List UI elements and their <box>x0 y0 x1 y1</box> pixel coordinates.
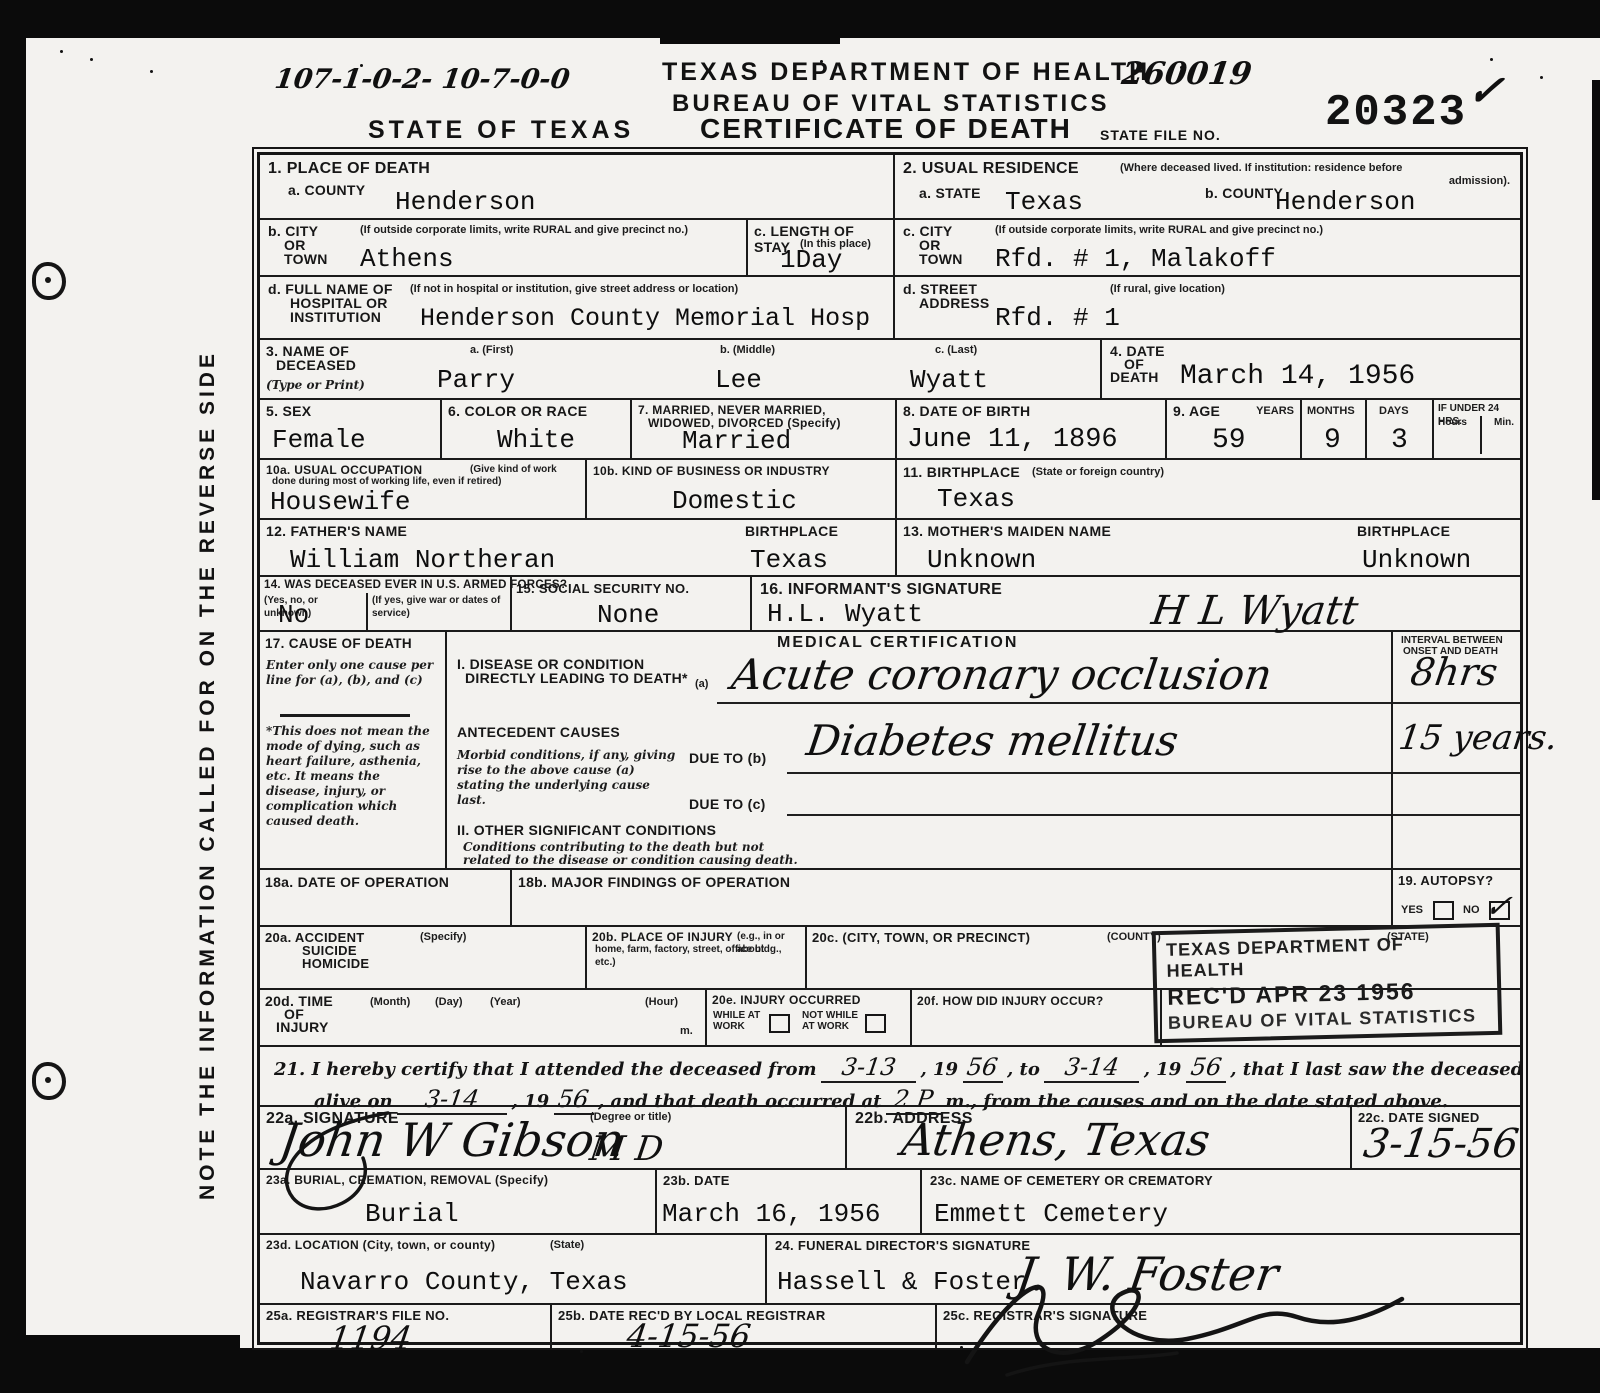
row-parents: 12. FATHER'S NAME BIRTHPLACE William Nor… <box>260 518 1520 575</box>
certify-y1-value: 56 <box>965 1053 999 1081</box>
autopsy-cell: 19. AUTOPSY? YES NO ✓ <box>1391 870 1520 925</box>
accident-label-3: HOMICIDE <box>302 956 369 971</box>
place-city-subrow: b. CITY OR TOWN (If outside corporate li… <box>260 218 893 275</box>
hospital-note: (If not in hospital or institution, give… <box>410 283 880 297</box>
cemetery-cell: 23c. NAME OF CEMETERY OR CREMATORY Emmet… <box>920 1170 1520 1233</box>
industry-value: Domestic <box>672 486 797 516</box>
interval-b-value: 15 years. <box>1396 718 1560 758</box>
state-file-no-label: STATE FILE NO. <box>1100 127 1221 143</box>
age-months-label: MONTHS <box>1307 405 1355 419</box>
burial-date-cell: 23b. DATE March 16, 1956 <box>655 1170 920 1233</box>
scan-right-streak <box>1592 80 1600 500</box>
burial-location-cell: 23d. LOCATION (City, town, or county) (S… <box>260 1235 765 1303</box>
sex-cell: 5. SEX Female <box>260 400 440 458</box>
row-operation: 18a. DATE OF OPERATION 18b. MAJOR FINDIN… <box>260 868 1520 925</box>
city-note: (If outside corporate limits, write RURA… <box>360 224 740 238</box>
findings-label: 18b. MAJOR FINDINGS OF OPERATION <box>518 874 790 890</box>
autopsy-yes-label: YES <box>1401 904 1423 918</box>
mother-name-value: Unknown <box>927 545 1036 575</box>
hole-punch-bottom <box>32 1062 66 1100</box>
birthplace-label: 11. BIRTHPLACE <box>903 464 1020 480</box>
interval-line-b <box>1393 772 1520 774</box>
while-at-work-checkbox <box>769 1014 790 1033</box>
time-hour-note: (Hour) <box>645 996 678 1010</box>
street-label-2: ADDRESS <box>919 295 990 311</box>
burial-date-label: 23b. DATE <box>663 1173 730 1188</box>
place-county-subrow: 1. PLACE OF DEATH a. COUNTY Henderson <box>260 155 893 218</box>
marital-cell: 7. MARRIED, NEVER MARRIED, WIDOWED, DIVO… <box>630 400 895 458</box>
hole-punch-top <box>32 262 66 300</box>
row-registrar: 25a. REGISTRAR'S FILE NO. 1194 25b. DATE… <box>260 1303 1520 1348</box>
ssn-label: 15. SOCIAL SECURITY NO. <box>516 581 689 596</box>
dob-cell: 8. DATE OF BIRTH June 11, 1896 <box>895 400 1165 458</box>
time-day-note: (Day) <box>435 996 463 1010</box>
cause-a-handwritten: Acute coronary occlusion <box>729 650 1275 699</box>
street-note: (If rural, give location) <box>1110 283 1225 297</box>
due-to-c-label: DUE TO (c) <box>689 796 766 812</box>
due-to-b-label: DUE TO (b) <box>689 750 766 766</box>
occupation-cell: 10a. USUAL OCCUPATION (Give kind of work… <box>260 460 585 518</box>
certify-to-value: 3-14 <box>1063 1053 1121 1081</box>
certify-y2-fill: 56 <box>1186 1053 1226 1083</box>
row-cause-of-death: 17. CAUSE OF DEATH Enter only one cause … <box>260 630 1520 868</box>
birthplace-cell: 11. BIRTHPLACE (State or foreign country… <box>895 460 1520 518</box>
age-days-cell: DAYS 3 <box>1365 400 1432 458</box>
how-injury-label: 20f. HOW DID INJURY OCCUR? <box>917 994 1103 1008</box>
age-years-label: YEARS <box>1256 405 1294 419</box>
place-of-injury-cell: 20b. PLACE OF INJURY (e.g., in or about … <box>585 927 805 988</box>
ssn-value: None <box>597 600 659 630</box>
autopsy-no-label: NO <box>1463 904 1480 918</box>
residence-state-label: a. STATE <box>919 185 981 201</box>
cemetery-value: Emmett Cemetery <box>934 1199 1168 1229</box>
mother-label: 13. MOTHER'S MAIDEN NAME <box>903 523 1111 539</box>
interval-a-value: 8hrs <box>1408 650 1501 694</box>
last-name-cell: c. (Last) Wyatt <box>885 340 1100 398</box>
row-certify-statement: 21. I hereby certify that I attended the… <box>260 1045 1520 1105</box>
date-of-death-cell: 4. DATE OF DEATH March 14, 1956 <box>1100 340 1520 398</box>
time-injury-label-3: INJURY <box>276 1019 329 1035</box>
other-conditions-note-2: related to the disease or condition caus… <box>463 853 798 868</box>
stay-value: 1Day <box>780 245 842 275</box>
usual-residence-title: 2. USUAL RESIDENCE <box>903 160 1079 178</box>
birthplace-value: Texas <box>937 484 1015 514</box>
received-stamp: TEXAS DEPARTMENT OF HEALTH REC'D APR 23 … <box>1152 923 1503 1043</box>
city-town: TOWN <box>284 251 328 267</box>
burial-date-value: March 16, 1956 <box>662 1199 880 1229</box>
occupation-label: 10a. USUAL OCCUPATION <box>266 463 422 477</box>
industry-label: 10b. KIND OF BUSINESS OR INDUSTRY <box>593 464 830 478</box>
row-place-residence: 1. PLACE OF DEATH a. COUNTY Henderson b.… <box>260 155 1520 338</box>
middle-name-label: b. (Middle) <box>720 344 775 358</box>
residence-city-value: Rfd. # 1, Malakoff <box>995 244 1276 274</box>
certify-text-1: 21. I hereby certify that I attended the… <box>274 1059 817 1080</box>
header-department: TEXAS DEPARTMENT OF HEALTH <box>662 58 1150 87</box>
findings-cell: 18b. MAJOR FINDINGS OF OPERATION <box>510 870 1391 925</box>
handwritten-code: 107-1-0-2- 10-7-0-0 <box>273 64 572 95</box>
injury-occurred-cell: 20e. INJURY OCCURRED WHILE AT WORK NOT W… <box>705 990 910 1045</box>
registrar-file-cell: 25a. REGISTRAR'S FILE NO. 1194 <box>260 1305 550 1348</box>
length-of-stay-cell: c. LENGTH OF STAY (In this place) 1Day <box>748 220 893 275</box>
residence-city-town: TOWN <box>919 251 963 267</box>
injury-city-label: 20c. (CITY, TOWN, OR PRECINCT) <box>812 930 1030 945</box>
place-of-death-title: 1. PLACE OF DEATH <box>268 160 430 178</box>
header-state: STATE OF TEXAS <box>368 116 634 145</box>
informant-signature: H L Wyatt <box>1149 588 1361 634</box>
usual-residence-section: 2. USUAL RESIDENCE (Where deceased lived… <box>893 155 1520 338</box>
marital-value: Married <box>682 426 791 456</box>
autopsy-yes-checkbox <box>1433 901 1454 920</box>
certificate-number-checkmark: ✓ <box>1465 66 1507 115</box>
age-years-cell: 9. AGE YEARS 59 <box>1165 400 1300 458</box>
interval-line-c <box>1393 814 1520 816</box>
not-while-checkbox <box>865 1014 886 1033</box>
header-title: CERTIFICATE OF DEATH <box>700 113 1072 145</box>
informant-cell: 16. INFORMANT'S SIGNATURE H.L. Wyatt H L… <box>750 577 1520 630</box>
time-of-injury-cell: 20d. TIME OF INJURY (Month) (Day) (Year)… <box>260 990 705 1045</box>
dod-label-3: DEATH <box>1110 369 1159 385</box>
injury-occurred-label: 20e. INJURY OCCURRED <box>712 993 861 1007</box>
medical-certification-cell: MEDICAL CERTIFICATION I. DISEASE OR COND… <box>445 632 1391 868</box>
birthplace-note: (State or foreign country) <box>1032 466 1164 480</box>
physician-signature-cell: 22a. SIGNATURE (Degree or title) John W … <box>260 1107 845 1168</box>
cause-instruction-1: Enter only one cause per line for (a), (… <box>266 658 434 688</box>
residence-street-subrow: d. STREET ADDRESS (If rural, give locati… <box>895 275 1520 334</box>
place-of-injury-label: 20b. PLACE OF INJURY <box>592 930 733 944</box>
registrar-file-value: 1194 <box>327 1319 414 1357</box>
time-month-note: (Month) <box>370 996 410 1010</box>
instruction-divider <box>280 714 410 717</box>
sex-label: 5. SEX <box>266 403 311 419</box>
last-name-label: c. (Last) <box>935 344 977 358</box>
scan-top-edge-noise <box>660 38 840 44</box>
place-hospital-subrow: d. FULL NAME OF HOSPITAL OR INSTITUTION … <box>260 275 893 334</box>
interval-line-a <box>1393 702 1520 704</box>
disease-label-2: DIRECTLY LEADING TO DEATH* <box>465 670 688 686</box>
row-physician: 22a. SIGNATURE (Degree or title) John W … <box>260 1105 1520 1168</box>
burial-location-label: 23d. LOCATION (City, town, or county) <box>266 1238 495 1252</box>
age-under24-cell: IF UNDER 24 HRS. Hours Min. <box>1432 400 1520 458</box>
age-days-value: 3 <box>1391 425 1408 456</box>
dob-value: June 11, 1896 <box>907 425 1118 455</box>
armed-forces-value: No <box>278 600 309 630</box>
certify-text-4: , 19 <box>1144 1059 1182 1080</box>
cause-b-line <box>787 772 1397 774</box>
sex-value: Female <box>272 425 366 455</box>
date-signed-cell: 22c. DATE SIGNED 3-15-56 <box>1350 1107 1520 1168</box>
county-value: Henderson <box>395 187 535 217</box>
accident-specify-note: (Specify) <box>420 931 466 945</box>
age-months-value: 9 <box>1324 425 1341 456</box>
place-of-death-section: 1. PLACE OF DEATH a. COUNTY Henderson b.… <box>260 155 893 338</box>
date-signed-value: 3-15-56 <box>1361 1121 1522 1167</box>
funeral-director-label: 24. FUNERAL DIRECTOR'S SIGNATURE <box>775 1238 1030 1253</box>
certify-line-1: 21. I hereby certify that I attended the… <box>274 1053 1506 1083</box>
under24-min-label: Min. <box>1494 417 1514 430</box>
middle-name-value: Lee <box>715 365 762 395</box>
race-label: 6. COLOR OR RACE <box>448 403 587 419</box>
residence-state-value: Texas <box>1005 187 1083 217</box>
name-label-2: DECEASED <box>276 357 356 373</box>
certify-from-value: 3-13 <box>840 1053 898 1081</box>
father-label: 12. FATHER'S NAME <box>266 523 407 539</box>
age-label: 9. AGE <box>1173 403 1220 419</box>
residence-note-1: (Where deceased lived. If institution: r… <box>1120 162 1402 176</box>
under24-hours-label: Hours <box>1438 417 1467 430</box>
informant-label: 16. INFORMANT'S SIGNATURE <box>760 581 1002 599</box>
stamp-line-2: REC'D APR 23 1956 <box>1167 978 1416 1011</box>
father-cell: 12. FATHER'S NAME BIRTHPLACE William Nor… <box>260 520 895 575</box>
physician-signature: John W Gibson <box>276 1113 627 1167</box>
armed-forces-divider <box>366 593 368 630</box>
antecedent-note: Morbid conditions, if any, giving rise t… <box>457 748 682 808</box>
last-name-value: Wyatt <box>910 365 988 395</box>
marital-label-1: 7. MARRIED, NEVER MARRIED, <box>638 403 826 417</box>
residence-county-value: Henderson <box>1275 187 1415 217</box>
certify-y2-value: 56 <box>1189 1053 1223 1081</box>
not-while-label-2: AT WORK <box>802 1021 849 1034</box>
interval-cell: INTERVAL BETWEEN ONSET AND DEATH 8hrs 15… <box>1391 632 1520 868</box>
registrar-date-value: 4-15-56 <box>624 1317 753 1355</box>
mother-birthplace-label: BIRTHPLACE <box>1357 523 1450 539</box>
certify-from-fill: 3-13 <box>821 1053 916 1083</box>
cemetery-label: 23c. NAME OF CEMETERY OR CREMATORY <box>930 1173 1213 1188</box>
hospital-label-3: INSTITUTION <box>290 309 381 325</box>
autopsy-label: 19. AUTOPSY? <box>1398 873 1493 888</box>
cause-b-handwritten: Diabetes mellitus <box>804 716 1182 765</box>
city-value: Athens <box>360 244 454 274</box>
date-of-operation-cell: 18a. DATE OF OPERATION <box>260 870 510 925</box>
cause-label: 17. CAUSE OF DEATH <box>265 636 412 651</box>
armed-forces-note-2: (If yes, give war or dates of service) <box>372 595 506 620</box>
burial-location-value: Navarro County, Texas <box>300 1267 628 1297</box>
cause-instructions-cell: 17. CAUSE OF DEATH Enter only one cause … <box>260 632 445 868</box>
county-label: a. COUNTY <box>288 182 365 198</box>
father-birthplace-label: BIRTHPLACE <box>745 523 838 539</box>
cause-a-prefix: (a) <box>695 678 708 692</box>
stamp-line-1: TEXAS DEPARTMENT OF HEALTH <box>1166 932 1487 982</box>
certify-y1-fill: 56 <box>963 1053 1003 1083</box>
cause-a-line <box>717 702 1397 704</box>
certify-text-2: , 19 <box>920 1059 958 1080</box>
age-years-value: 59 <box>1212 425 1246 456</box>
first-name-value: Parry <box>437 365 515 395</box>
age-days-label: DAYS <box>1379 405 1409 419</box>
residence-county-label: b. COUNTY <box>1205 185 1283 201</box>
first-name-cell: a. (First) Parry <box>425 340 660 398</box>
registrar-signature-cell: 25c. REGISTRAR'S SIGNATURE <box>935 1305 1520 1348</box>
certify-text-5: , that I last saw the deceased <box>1230 1059 1523 1080</box>
armed-forces-cell: 14. WAS DECEASED EVER IN U.S. ARMED FORC… <box>260 577 510 630</box>
occupation-note-1: (Give kind of work <box>470 464 557 477</box>
row-name: 3. NAME OF DECEASED (Type or Print) a. (… <box>260 338 1520 398</box>
middle-name-cell: b. (Middle) Lee <box>660 340 885 398</box>
while-at-work-label-2: WORK <box>713 1021 745 1034</box>
other-conditions-label: II. OTHER SIGNIFICANT CONDITIONS <box>457 822 716 838</box>
certificate-form: 1. PLACE OF DEATH a. COUNTY Henderson b.… <box>257 152 1523 1345</box>
antecedent-label: ANTECEDENT CAUSES <box>457 724 620 740</box>
race-value: White <box>497 425 575 455</box>
under24-divider <box>1480 416 1482 454</box>
scan-specks <box>60 50 63 53</box>
residence-city-note: (If outside corporate limits, write RURA… <box>995 224 1425 238</box>
scan-top-band <box>0 0 1600 38</box>
row-demographics: 5. SEX Female 6. COLOR OR RACE White 7. … <box>260 398 1520 458</box>
handwritten-file-number: 260019 <box>1119 56 1253 92</box>
date-of-operation-label: 18a. DATE OF OPERATION <box>265 874 449 890</box>
burial-location-state-note: (State) <box>550 1239 584 1253</box>
how-injury-cell: 20f. HOW DID INJURY OCCUR? <box>910 990 1160 1045</box>
reverse-side-note: NOTE THE INFORMATION CALLED FOR ON THE R… <box>196 330 220 1200</box>
scan-bottom-edge-noise <box>0 1335 240 1355</box>
residence-note-2: admission). <box>1449 175 1510 189</box>
city-cell: b. CITY OR TOWN (If outside corporate li… <box>260 220 748 275</box>
street-value: Rfd. # 1 <box>995 303 1120 333</box>
certify-text-3: , to <box>1007 1059 1040 1080</box>
name-label-3: (Type or Print) <box>266 378 365 393</box>
age-months-cell: MONTHS 9 <box>1300 400 1365 458</box>
accident-cell: 20a. ACCIDENT SUICIDE HOMICIDE (Specify) <box>260 927 585 988</box>
certificate-number: 20323 <box>1325 88 1467 138</box>
informant-typed-value: H.L. Wyatt <box>767 599 923 629</box>
physician-address-value: Athens, Texas <box>898 1115 1213 1166</box>
industry-cell: 10b. KIND OF BUSINESS OR INDUSTRY Domest… <box>585 460 895 518</box>
time-m-note: m. <box>680 1025 693 1039</box>
first-name-label: a. (First) <box>470 344 513 358</box>
certify-to-fill: 3-14 <box>1044 1053 1139 1083</box>
hospital-value: Henderson County Memorial Hosp <box>420 304 870 333</box>
row-informant: 14. WAS DECEASED EVER IN U.S. ARMED FORC… <box>260 575 1520 630</box>
ssn-cell: 15. SOCIAL SECURITY NO. None <box>510 577 750 630</box>
mother-birthplace-value: Unknown <box>1362 545 1471 575</box>
autopsy-no-checkmark: ✓ <box>1482 887 1514 925</box>
cause-instruction-2: *This does not mean the mode of dying, s… <box>266 724 434 829</box>
scanned-death-certificate: NOTE THE INFORMATION CALLED FOR ON THE R… <box>0 0 1600 1393</box>
time-year-note: (Year) <box>490 996 521 1010</box>
race-cell: 6. COLOR OR RACE White <box>440 400 630 458</box>
row-burial: 23a. BURIAL, CREMATION, REMOVAL (Specify… <box>260 1168 1520 1233</box>
scan-left-band <box>0 0 26 1393</box>
father-birthplace-value: Texas <box>750 545 828 575</box>
residence-city-subrow: c. CITY OR TOWN (If outside corporate li… <box>895 218 1520 275</box>
residence-state-county-subrow: 2. USUAL RESIDENCE (Where deceased lived… <box>895 155 1520 218</box>
name-label-cell: 3. NAME OF DECEASED (Type or Print) <box>260 340 425 398</box>
row-occupation: 10a. USUAL OCCUPATION (Give kind of work… <box>260 458 1520 518</box>
registrar-date-cell: 25b. DATE REC'D BY LOCAL REGISTRAR 4-15-… <box>550 1305 935 1348</box>
physician-degree-handwritten: M D <box>587 1129 666 1169</box>
dod-value: March 14, 1956 <box>1180 361 1415 392</box>
occupation-value: Housewife <box>270 487 410 517</box>
mother-cell: 13. MOTHER'S MAIDEN NAME BIRTHPLACE Unkn… <box>895 520 1520 575</box>
dob-label: 8. DATE OF BIRTH <box>903 403 1030 419</box>
place-of-injury-note-2: home, farm, factory, street, office bldg… <box>595 944 795 969</box>
father-name-value: William Northeran <box>290 545 555 575</box>
physician-address-cell: 22b. ADDRESS Athens, Texas <box>845 1107 1350 1168</box>
cause-c-line <box>787 814 1397 816</box>
registrar-signature-scribble <box>947 1257 1427 1387</box>
